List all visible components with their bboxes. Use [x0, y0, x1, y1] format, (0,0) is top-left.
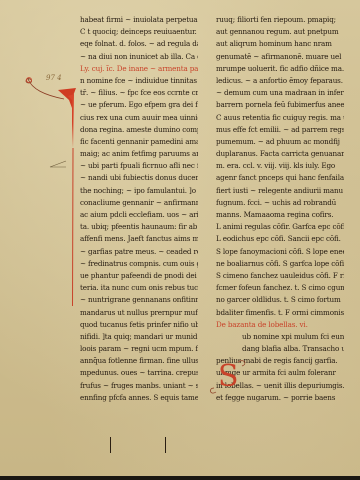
text-line: ne boaliarnus cōfi. S garfca lope cōfi. [216, 258, 344, 270]
text-line: ~ nandi ubi fubiectis donus ducern [80, 172, 198, 184]
text-line: genumatē ~ afirmanonē. muare uel [216, 51, 344, 63]
text-line: cius rex una cum auuir mea uinnici [80, 112, 198, 124]
text-line: pumemum. ~ ad phuum ac mondfij [216, 136, 344, 148]
text-line: agenr fanct pnceps qui hanc fenfaila [216, 172, 344, 184]
text-line: L animi regulas cōfir. Garfca epc cōfi. [216, 221, 344, 233]
text-line: manns. Mamaaoma regina cofirs. [216, 209, 344, 221]
text-line: fiert iusti ~ relegente andiurii manu mā [216, 185, 344, 197]
text-line: barrern pornela feū fubimerfus anees. [216, 99, 344, 111]
descender-stroke [165, 437, 166, 453]
text-line: m. era. ccl. v. viij. viij. kls iuly. Eg… [216, 160, 344, 172]
text-line: mandarus ut nullus prernpur mufe [80, 307, 198, 319]
illuminated-initial-s: S [218, 362, 246, 392]
text-line: teria. ita nunc cum onis rebus tucuri [80, 282, 198, 294]
text-line: ac aium pdcli ecclefiam. uos ~ ario [80, 209, 198, 221]
text-line: mpedunus. oues ~ tarrina. crepus se [80, 367, 198, 379]
text-line: ennfing pfcfa annes. S equis tamen [80, 392, 198, 404]
text-line: habeat firmi ~ inuiolata perpetua fedi a… [80, 14, 198, 26]
text-line: C auus retentia fic cuiguy regis. ma ube [216, 112, 344, 124]
text-line: ~ ue pferum. Ego efpem gra dei fan [80, 99, 198, 111]
text-line: fugnum. fcci. ~ uchis ad robrandū [216, 197, 344, 209]
text-line: bdaliter fimenfis. t. F ormi cimmonis. t… [216, 307, 344, 319]
text-line: dang blafia alba. Transacho um [216, 343, 344, 355]
text-line: L eodichus epc cōfi. Sancii epc cōfi. [216, 233, 344, 245]
descender-stroke [110, 437, 111, 453]
text-line: no garcer oldlidus. t. S cimo fortum [216, 294, 344, 306]
text-line: fic facenti gennanir pamedini amaj [80, 136, 198, 148]
text-line: ~ fredinatrus compnis. cum ouis gennanra [80, 258, 198, 270]
text-line: S cimeno fanchez uauleidus cōfi. F ri ci [216, 270, 344, 282]
marginal-note: 97 4 [46, 74, 62, 82]
text-line: ~ garfias patre meus. ~ ceaded regis. [80, 246, 198, 258]
text-line: ub nomine xpi mulum fci eun [216, 331, 344, 343]
text-line: annq̃ua fotlenne firman. fine ullus [80, 355, 198, 367]
text-line: maig; ac anim fetfimg paruums anfin [80, 148, 198, 160]
text-line: eqe folnat. d. folos. ~ ad regula dapli. [80, 38, 198, 50]
rubric-heading: Ly. cuj. ĩc. De inane ~ armenta palentin… [80, 63, 198, 75]
scan-edge [0, 476, 360, 480]
text-line: ue phantur pafeendi de pnodi dei arcif [80, 270, 198, 282]
text-line: C t quociq; deinceps reuiuaentur. ad [80, 26, 198, 38]
text-line: ~ demum cum una madraan in inferni [216, 87, 344, 99]
rubric-heading: De bazanta de lobellas. vi. [216, 319, 344, 331]
text-line: the noching; ~ ipo famulantui. ]o cnrw [80, 185, 198, 197]
text-line: aut gennanou regum. aut pnetpum [216, 26, 344, 38]
text-line: duplaranus. Facta carricta genuanans. [216, 148, 344, 160]
text-line: S lope fanoymacioni cōfi. S lope enee [216, 246, 344, 258]
text-line: mus effe fct emilii. ~ ad parrem regs [216, 124, 344, 136]
text-line: nifidi. ]ta quiq; mandari ur munid [80, 331, 198, 343]
text-line: affenfi mens. Jaeft fanctus aims mens. [80, 233, 198, 245]
text-line: ledicus. ~ a anfortio ēmoy feparaus. [216, 75, 344, 87]
text-line: mrumpe uoluerit. fic adfio dñice ma. [216, 63, 344, 75]
text-line: ~ nuntrigrane gennanans onfitinmo [80, 294, 198, 306]
text-line: quod tucanus fetis prinfer nifio ubi [80, 319, 198, 331]
text-line: ~ ubi parti fpuali ficrnuo afli nec fe [80, 160, 198, 172]
text-line: n nomine fce ~ indiuidue tinnitas pa [80, 75, 198, 87]
illuminated-initial-i-icon [56, 88, 78, 308]
text-line: tr̄. ~ filius. ~ fpc fce eos ccrnte cred… [80, 87, 198, 99]
text-line: ~ na diui non inunicet ab illa. Ca dei. [80, 51, 198, 63]
manuscript-page: 97 4 habeat firmi ~ inuiolata perpetua f… [0, 0, 360, 480]
text-line: frufus ~ fruges manbs. uniant ~ s pe [80, 380, 198, 392]
text-line: loois param ~ regni ucm mpum. fic [80, 343, 198, 355]
text-line: conacliume gennanir ~ anfirmanms [80, 197, 198, 209]
text-line: ta. ubiq; pfeentis haunaum: fir ab anur [80, 221, 198, 233]
right-column: ruuq; filiorti fen riepoum. pmapiq; aut … [216, 14, 344, 404]
text-line: ruuq; filiorti fen riepoum. pmapiq; [216, 14, 344, 26]
text-line: aut aliqrum hominum hanc nram [216, 38, 344, 50]
text-line: dona regina. ameste dumino compuncli [80, 124, 198, 136]
margin-mark-icon [48, 160, 68, 170]
left-column: habeat firmi ~ inuiolata perpetua fedi a… [80, 14, 198, 404]
text-line: fcmer fofeun fanchez. t. S cimo cgum [216, 282, 344, 294]
